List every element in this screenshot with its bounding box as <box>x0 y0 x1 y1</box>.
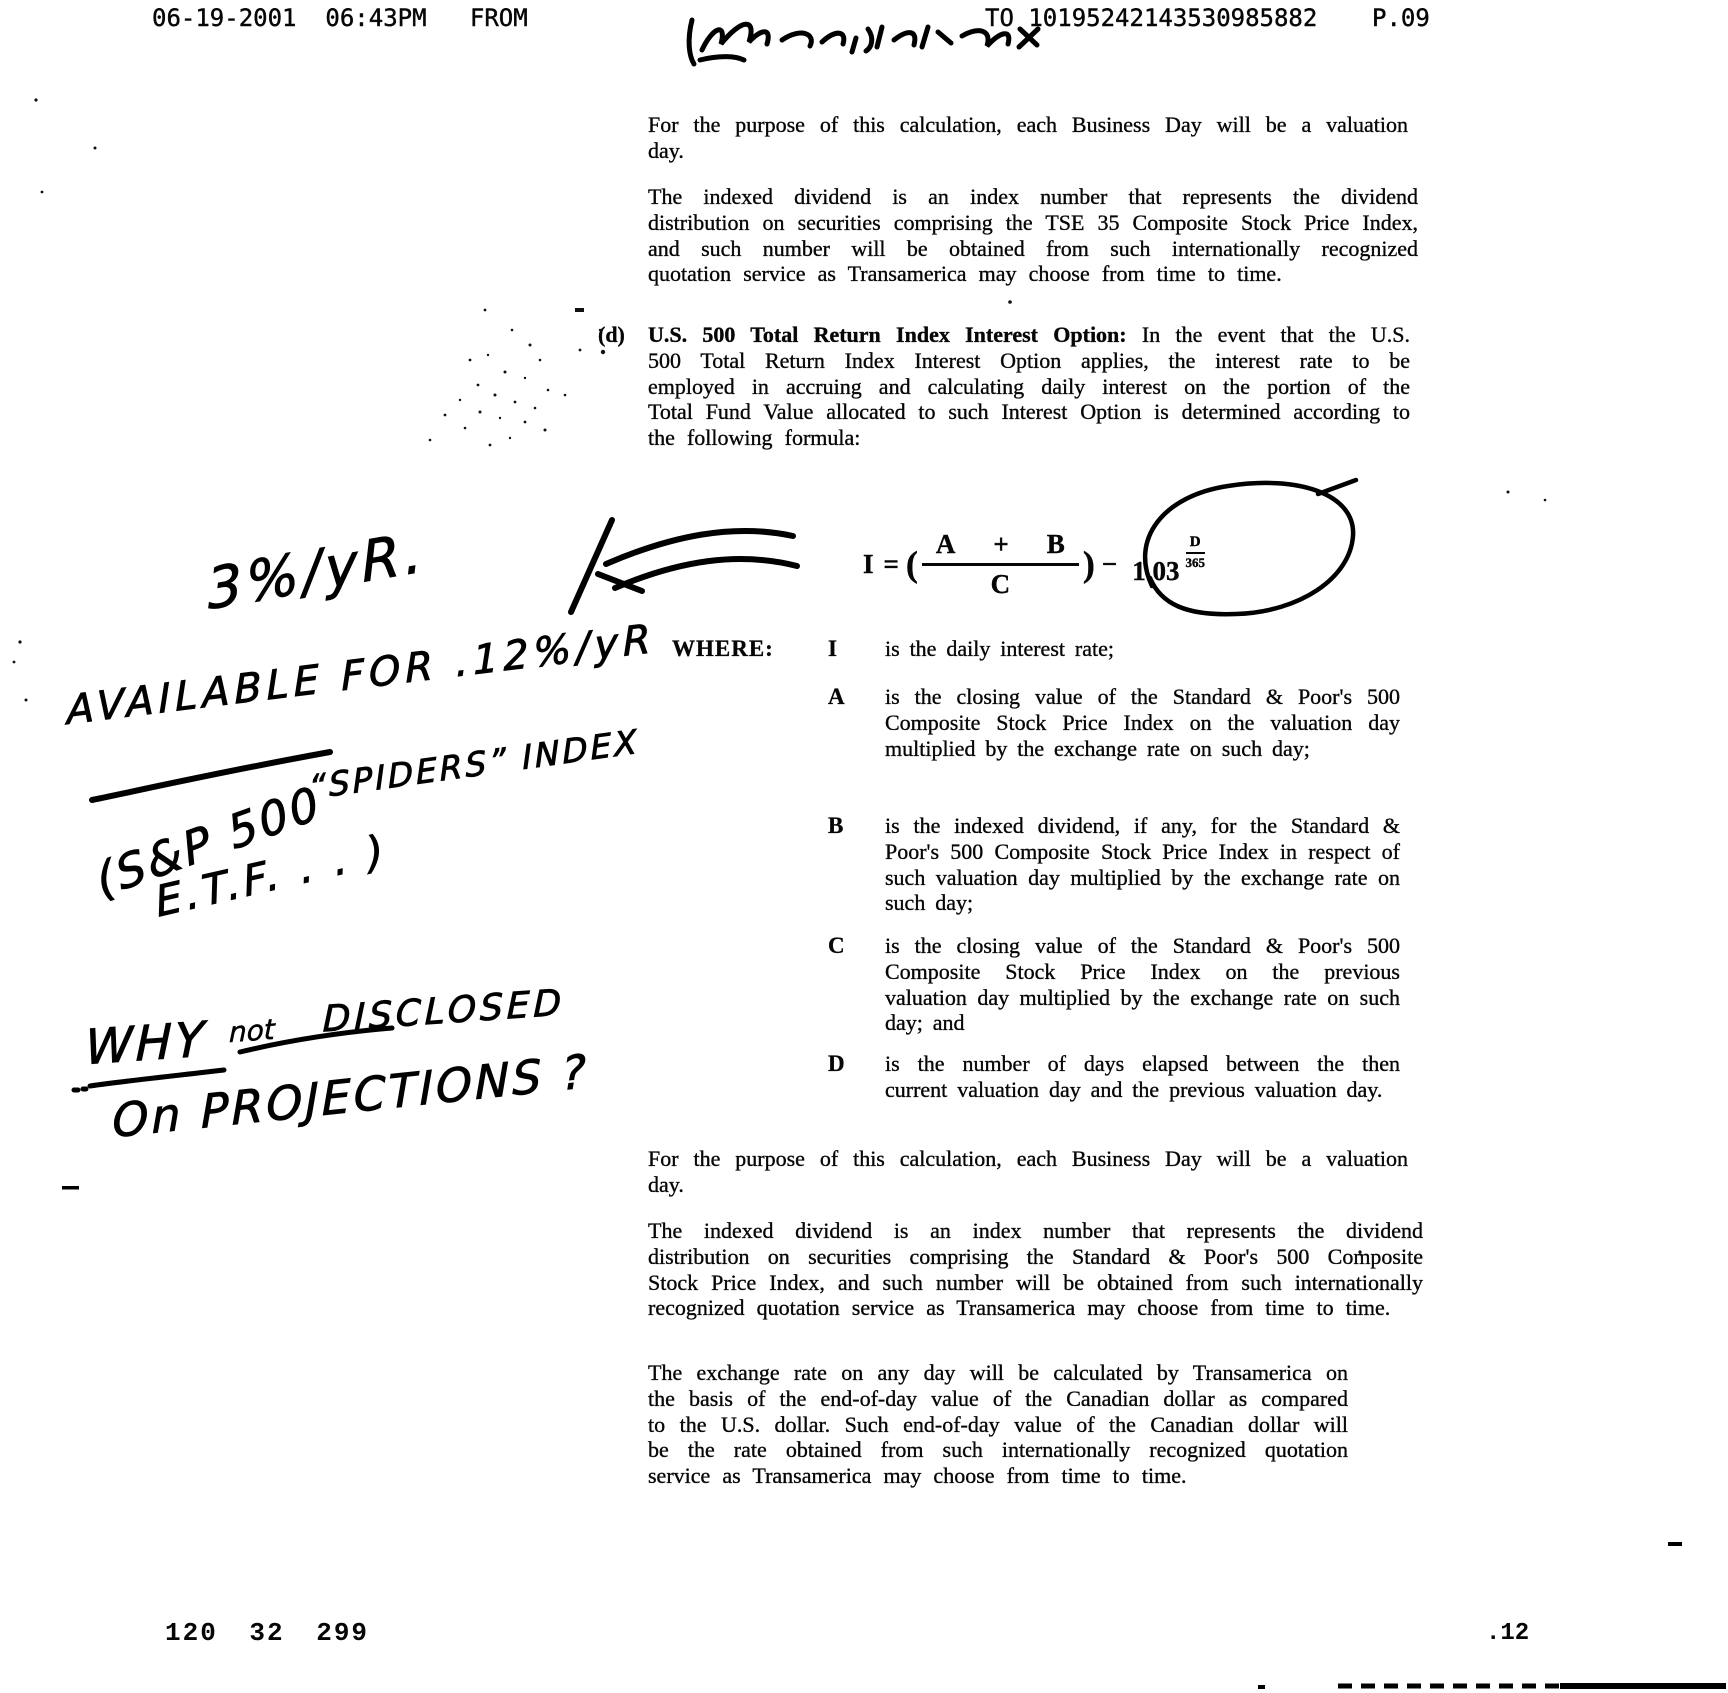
formula-numerator-b: B <box>1047 529 1065 560</box>
formula-exp-numerator: D <box>1186 534 1205 554</box>
definition-symbol-a: A <box>828 684 845 710</box>
formula-circled-term: 1.03 D 365 <box>1132 542 1205 587</box>
footer-page-number: .12 <box>1486 1620 1529 1647</box>
footer-docket-number: 120 32 299 <box>165 1618 369 1648</box>
paragraph-business-day-1: For the purpose of this calculation, eac… <box>648 112 1408 164</box>
margin-dash <box>62 1186 79 1190</box>
annotation-spiders-note: “SPIDERS” INDEX <box>308 722 640 808</box>
why-word: WHY <box>85 1012 208 1077</box>
definition-symbol-d: D <box>828 1051 845 1077</box>
definition-symbol-i: I <box>828 636 837 662</box>
not-word: not <box>229 1013 275 1049</box>
definition-row-i: I is the daily interest rate; <box>828 636 1408 662</box>
formula-equals: = <box>884 549 899 580</box>
corner-dash <box>1668 1542 1682 1546</box>
formula-arrow-annotation <box>571 520 797 612</box>
annotation-available-note: AVAILABLE FOR .12%/yR <box>66 616 656 734</box>
definition-row-a: A is the closing value of the Standard &… <box>828 684 1408 761</box>
bottom-scan-line <box>1258 1685 1726 1689</box>
disclosed-word: DISCLOSED <box>322 982 565 1040</box>
annotation-rate-note: 3%/yR. <box>205 520 428 624</box>
formula-exp-denominator: 365 <box>1185 554 1205 571</box>
definition-row-b: B is the indexed dividend, if any, for t… <box>828 813 1408 916</box>
paragraph-indexed-dividend-tse: The indexed dividend is an index number … <box>648 184 1418 287</box>
formula-base: 1.03 <box>1132 556 1179 587</box>
definition-text-a: is the closing value of the Standard & P… <box>885 684 1400 761</box>
formula-fraction: A + B C <box>922 529 1079 600</box>
paragraph-indexed-dividend-sp: The indexed dividend is an index number … <box>648 1218 1423 1321</box>
fax-timestamp: 06-19-2001 06:43PM FROM <box>152 4 528 32</box>
definition-symbol-b: B <box>828 813 843 839</box>
item-d-label: (d) <box>598 322 625 348</box>
definition-symbol-c: C <box>828 933 845 959</box>
fax-page-code: P.09 <box>1372 4 1430 32</box>
formula-close-paren: ) <box>1083 543 1095 585</box>
formula-open-paren: ( <box>906 543 918 585</box>
formula-exponent: D 365 <box>1185 534 1205 571</box>
definition-text-c: is the closing value of the Standard & P… <box>885 933 1400 1036</box>
definition-text-b: is the indexed dividend, if any, for the… <box>885 813 1400 916</box>
paragraph-business-day-2: For the purpose of this calculation, eac… <box>648 1146 1408 1198</box>
definition-row-c: C is the closing value of the Standard &… <box>828 933 1408 1036</box>
definition-text-d: is the number of days elapsed between th… <box>885 1051 1400 1103</box>
formula-numerator-a: A <box>936 529 956 560</box>
definition-text-i: is the daily interest rate; <box>885 636 1400 662</box>
formula-denominator-c: C <box>991 566 1011 600</box>
definition-row-d: D is the number of days elapsed between … <box>828 1051 1408 1103</box>
interest-formula: I = ( A + B C ) − 1.03 D 365 <box>858 518 1205 610</box>
paragraph-exchange-rate: The exchange rate on any day will be cal… <box>648 1360 1348 1489</box>
item-d-heading: U.S. 500 Total Return Index Interest Opt… <box>648 322 1127 347</box>
formula-minus-sign: − <box>1102 549 1117 580</box>
item-d-paragraph: U.S. 500 Total Return Index Interest Opt… <box>648 322 1410 451</box>
fax-page: 06-19-2001 06:43PM FROM TO 1019524214353… <box>0 0 1728 1693</box>
where-label: WHERE: <box>672 636 774 662</box>
formula-lhs: I <box>863 549 874 580</box>
fax-to-number: TO 10195242143530985882 <box>985 4 1317 32</box>
formula-plus-sign: + <box>993 529 1008 560</box>
